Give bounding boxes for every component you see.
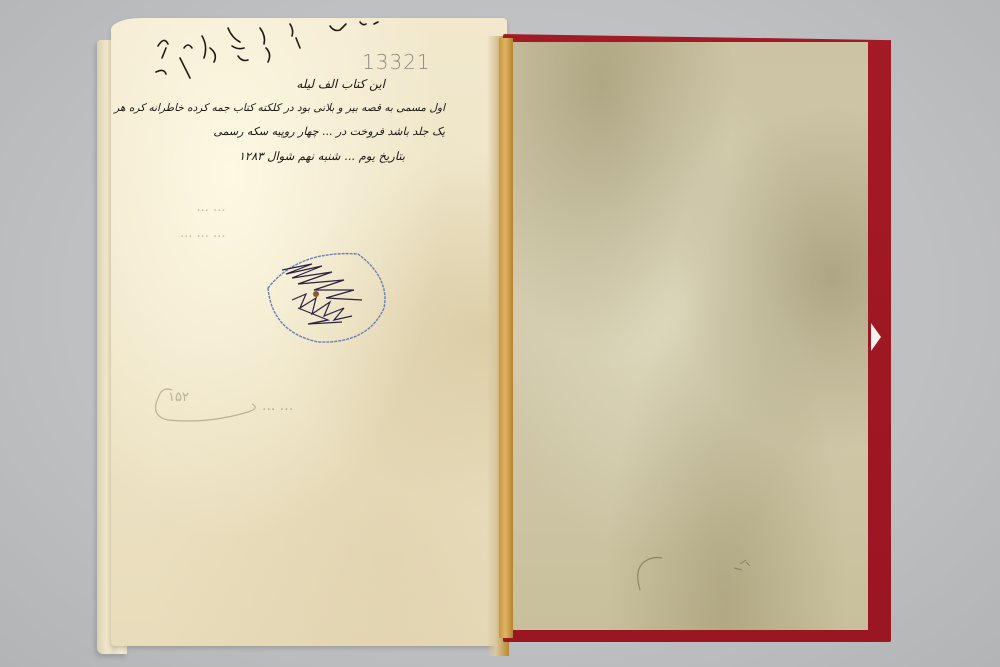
pencil-note: ... ... [262, 398, 293, 414]
inscription-line: یک جلد باشد فروخت در ... چهار روپیه سکه … [165, 120, 445, 144]
faint-pencil-notes: ... ... ... ... ... [180, 195, 225, 247]
faint-note: ... ... [180, 195, 225, 221]
pastedown-paper [513, 42, 868, 630]
paper-tab [871, 323, 881, 351]
pencil-shelfmark [148, 378, 268, 426]
faint-note: ... ... ... [180, 221, 225, 247]
inscription-line: بتاریخ یوم ... شنبه نهم شوال ۱۲۸۳ [165, 144, 445, 168]
pastedown-scribble [630, 550, 760, 600]
spine-hinge [499, 38, 513, 638]
inscription-line: این کتاب الف لیله [165, 72, 445, 96]
defaced-seal-icon [258, 248, 394, 346]
inscription-line: اول مسمی به قصه بیر و بلانی بود در کلکته… [165, 96, 445, 120]
ownership-inscription: این کتاب الف لیله اول مسمی به قصه بیر و … [165, 72, 445, 168]
photo-scene: 13321 این کتاب الف لیله اول مسمی به قصه … [0, 0, 1000, 667]
catalog-number: 13321 [362, 50, 431, 74]
